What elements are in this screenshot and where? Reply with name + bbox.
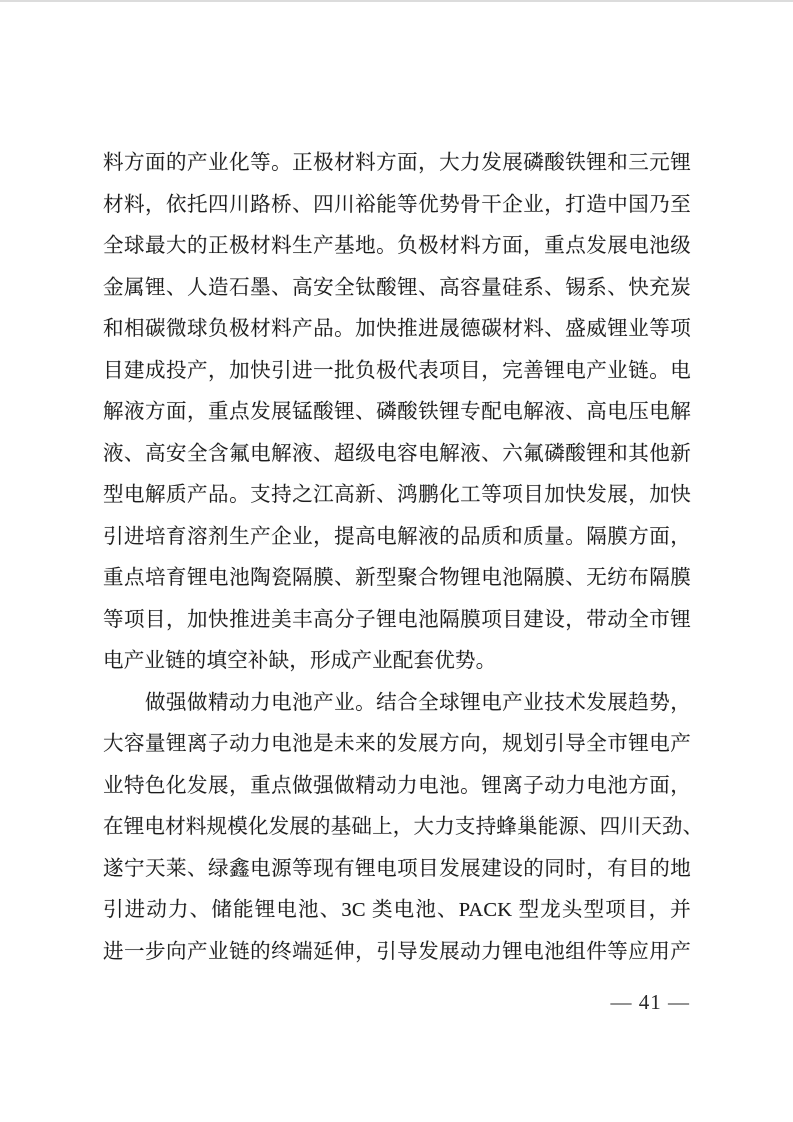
text-line: 大容量锂离子动力电池是未来的发展方向，规划引导全市锂电产 [103, 724, 691, 766]
text-line: 进一步向产业链的终端延伸，引导发展动力锂电池组件等应用产 [103, 932, 691, 974]
text-line: 型电解质产品。支持之江高新、鸿鹏化工等项目加快发展，加快 [103, 475, 691, 517]
text-line: 材料，依托四川路桥、四川裕能等优势骨干企业，打造中国乃至 [103, 185, 691, 227]
document-page: 料方面的产业化等。正极材料方面，大力发展磷酸铁锂和三元锂材料，依托四川路桥、四川… [0, 0, 793, 1122]
text-line: 解液方面，重点发展锰酸锂、磷酸铁锂专配电解液、高电压电解 [103, 392, 691, 434]
text-line: 全球最大的正极材料生产基地。负极材料方面，重点发展电池级 [103, 226, 691, 268]
text-line: 引进培育溶剂生产企业，提高电解液的品质和质量。隔膜方面， [103, 517, 691, 559]
text-line: 业特色化发展，重点做强做精动力电池。锂离子动力电池方面， [103, 766, 691, 808]
text-line: 料方面的产业化等。正极材料方面，大力发展磷酸铁锂和三元锂 [103, 143, 691, 185]
text-line: 金属锂、人造石墨、高安全钛酸锂、高容量硅系、锡系、快充炭 [103, 268, 691, 310]
text-block: 料方面的产业化等。正极材料方面，大力发展磷酸铁锂和三元锂材料，依托四川路桥、四川… [103, 143, 691, 973]
text-line: 引进动力、储能锂电池、3C 类电池、PACK 型龙头型项目，并 [103, 890, 691, 932]
text-line: 电产业链的填空补缺，形成产业配套优势。 [103, 641, 691, 683]
text-line: 目建成投产，加快引进一批负极代表项目，完善锂电产业链。电 [103, 351, 691, 393]
text-line: 做强做精动力电池产业。结合全球锂电产业技术发展趋势， [103, 683, 691, 725]
text-line: 等项目，加快推进美丰高分子锂电池隔膜项目建设，带动全市锂 [103, 600, 691, 642]
page-number: — 41 — [611, 990, 691, 1014]
scan-edge-top [0, 0, 793, 2]
text-line: 液、高安全含氟电解液、超级电容电解液、六氟磷酸锂和其他新 [103, 434, 691, 476]
text-line: 在锂电材料规模化发展的基础上，大力支持蜂巢能源、四川天劲、 [103, 807, 691, 849]
text-line: 重点培育锂电池陶瓷隔膜、新型聚合物锂电池隔膜、无纺布隔膜 [103, 558, 691, 600]
text-line: 和相碳微球负极材料产品。加快推进晟德碳材料、盛威锂业等项 [103, 309, 691, 351]
text-line: 遂宁天莱、绿鑫电源等现有锂电项目发展建设的同时，有目的地 [103, 849, 691, 891]
